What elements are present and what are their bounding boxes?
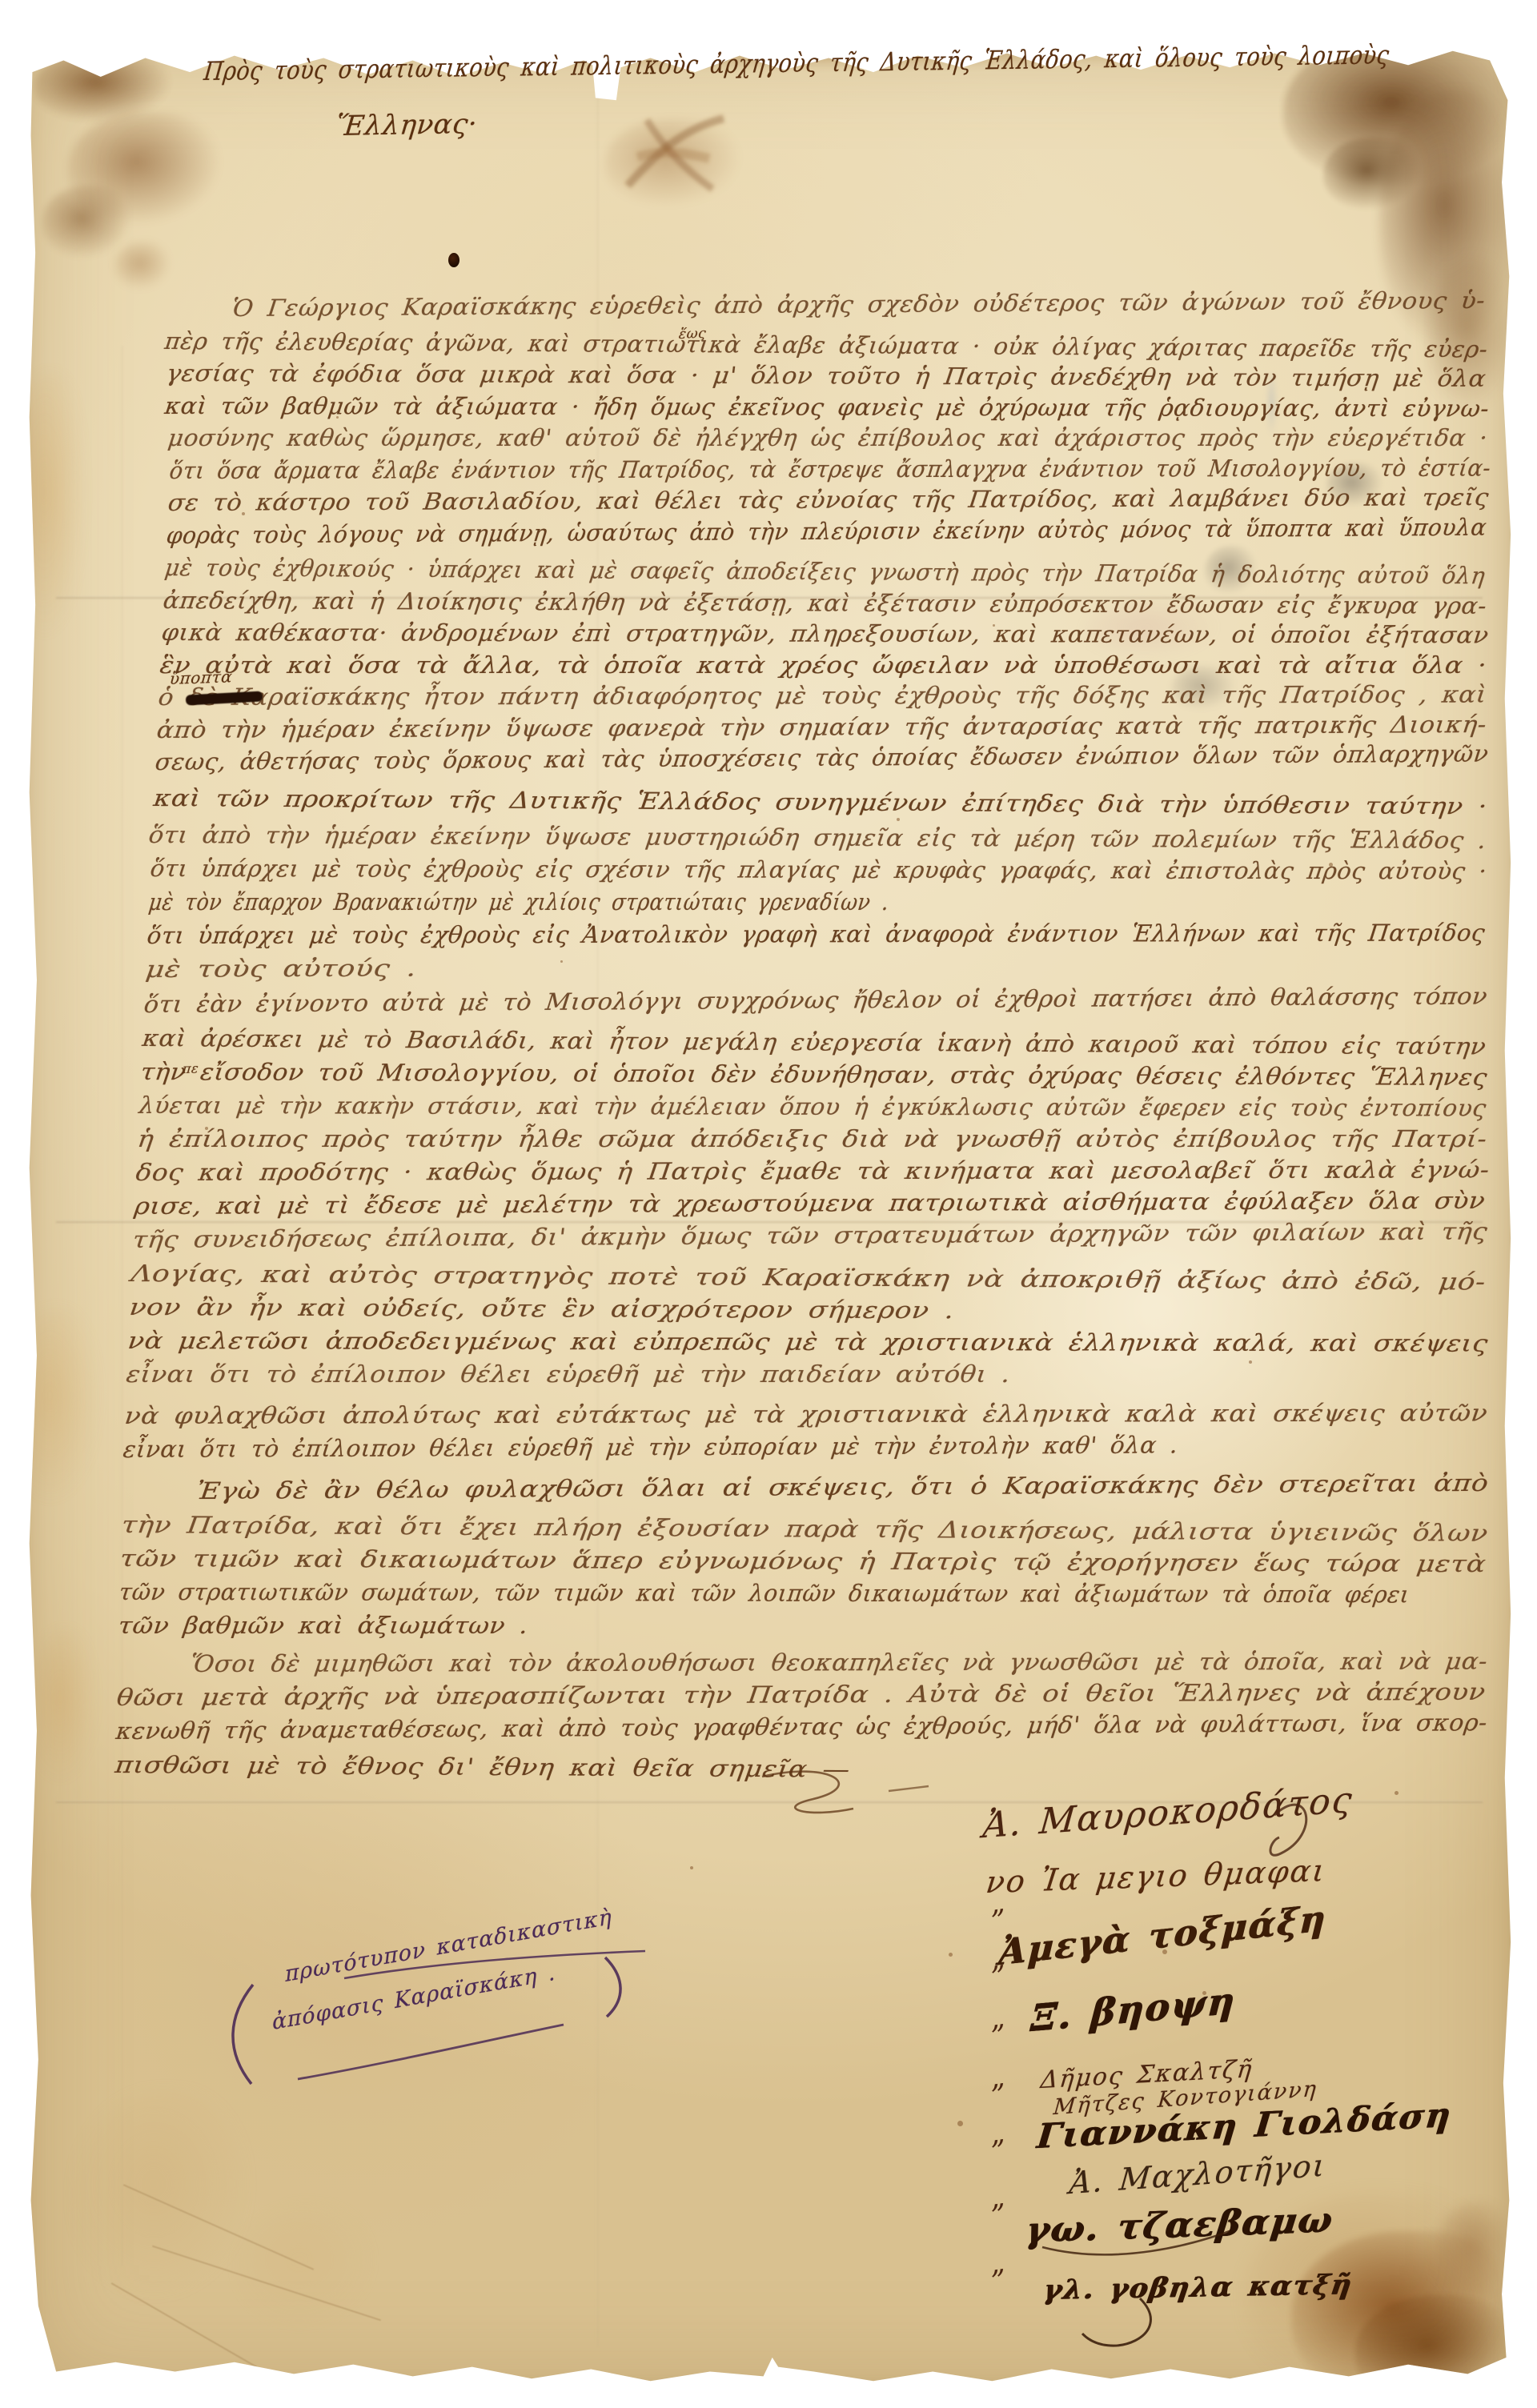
manuscript-text-line: τῶν στρατιωτικῶν σωμάτων, τῶν τιμῶν καὶ … xyxy=(118,1578,1411,1608)
manuscript-text-line: εἶναι ὅτι τὸ ἐπίλοιπον θέλει εὑρεθῆ μὲ τ… xyxy=(122,1431,1180,1463)
manuscript-text-line: ὅτι ἀπὸ τὴν ἡμέραν ἐκείνην ὕψωσε μυστηρι… xyxy=(147,821,1488,854)
manuscript-text-line: μὲ τοὺς ἐχθρικούς · ὑπάρχει καὶ μὲ σαφεῖ… xyxy=(163,554,1487,589)
manuscript-text-line: Ἐγὼ δὲ ἂν θέλω φυλαχθῶσι ὅλαι αἱ σκέψεις… xyxy=(195,1469,1490,1504)
manuscript-text-line: μὲ τοὺς αὐτούς . xyxy=(144,955,418,983)
foxing-speck xyxy=(560,960,563,963)
manuscript-text-line: καὶ τῶν βαθμῶν τὰ ἀξιώματα · ἤδη ὅμως ἐκ… xyxy=(163,392,1491,422)
foxing-speck xyxy=(957,2121,963,2126)
foxing-speck xyxy=(949,1953,953,1957)
header-line: Ἕλληνας· xyxy=(335,108,479,142)
manuscript-text-line: ὁ δὲ Καραϊσκάκης ἦτον πάντη ἀδιαφόρητος … xyxy=(157,681,1488,711)
manuscript-text-line: Λογίας, καὶ αὐτὸς στρατηγὸς ποτὲ τοῦ Καρ… xyxy=(130,1260,1487,1296)
foxing-speck xyxy=(524,376,528,379)
ditto-mark: „ xyxy=(987,2061,1006,2095)
foxing-speck xyxy=(1329,863,1333,867)
foxing-speck xyxy=(897,818,900,821)
manuscript-text-line: ὅτι ὑπάρχει μὲ τοὺς ἐχθροὺς εἰς Ἀνατολικ… xyxy=(146,919,1487,949)
header-line: Πρὸς τοὺς στρατιωτικοὺς καὶ πολιτικοὺς ἀ… xyxy=(203,39,1391,86)
manuscript-text-line: τὴν εἴσοδον τοῦ Μισολογγίου, οἱ ὁποῖοι δ… xyxy=(139,1058,1489,1091)
manuscript-text-line: φορὰς τοὺς λόγους νὰ σημάνῃ, ὡσαύτως ἀπὸ… xyxy=(165,514,1488,549)
manuscript-text-line: νὰ μελετῶσι ἀποδεδειγμένως καὶ εὐπρεπῶς … xyxy=(126,1327,1490,1357)
manuscript-text-line: νον ἂν ἦν καὶ οὐδείς, οὔτε ἓν αἰσχρότερο… xyxy=(128,1293,956,1324)
manuscript-text-line: τῶν τιμῶν καὶ δικαιωμάτων ἅπερ εὐγνωμόνω… xyxy=(118,1545,1488,1577)
signature: γω. τζαεβαμω xyxy=(1024,2199,1336,2251)
manuscript-text-line: ὅτι ὅσα ἄρματα ἔλαβε ἐνάντιον τῆς Πατρίδ… xyxy=(168,455,1492,484)
manuscript-text-line: τῆς συνειδήσεως ἐπίλοιπα, δι' ἀκμὴν ὅμως… xyxy=(131,1217,1489,1253)
manuscript-text-line: τῶν βαθμῶν καὶ ἀξιωμάτων . xyxy=(117,1612,530,1639)
interlinear-insertion: πε xyxy=(182,1060,199,1076)
manuscript-text-line: Ὅσοι δὲ μιμηθῶσι καὶ τὸν ἀκολουθήσωσι θε… xyxy=(189,1648,1489,1677)
manuscript-text-line: εἶναι ὅτι τὸ ἐπίλοιπον θέλει εὑρεθῆ μὲ τ… xyxy=(125,1360,1012,1388)
manuscript-text-line: φικὰ καθέκαστα· ἀνδρομένων ἐπὶ στρατηγῶν… xyxy=(160,619,1491,648)
manuscript-text-line: νὰ φυλαχθῶσι ἀπολύτως καὶ εὐτάκτως μὲ τὰ… xyxy=(123,1399,1489,1429)
manuscript-text-layer: Πρὸς τοὺς στρατιωτικοὺς καὶ πολιτικοὺς ἀ… xyxy=(0,0,1537,2408)
manuscript-text-line: μὲ τὸν ἔπαρχον Βρανακιώτην μὲ χιλίοις στ… xyxy=(147,888,891,916)
manuscript-text-line: καὶ τῶν προκρίτων τῆς Δυτικῆς Ἑλλάδος συ… xyxy=(152,784,1489,819)
ink-blot xyxy=(448,253,459,267)
manuscript-text-line: ὅτι ἐὰν ἐγίνοντο αὐτὰ μὲ τὸ Μισολόγγι συ… xyxy=(142,982,1489,1018)
signature: Ἀ. Μαχλοτῆγοι xyxy=(1068,2147,1328,2201)
interlinear-insertion: ἕως xyxy=(678,326,707,343)
archival-note-line: πρωτότυπον καταδικαστικὴ xyxy=(284,1905,613,1987)
manuscript-text-line: ὅτι ὑπάρχει μὲ τοὺς ἐχθροὺς εἰς σχέσιν τ… xyxy=(149,855,1489,884)
manuscript-text-line: μοσύνης καθὼς ὥρμησε, καθ' αὑτοῦ δὲ ἠλέγ… xyxy=(167,424,1489,451)
manuscript-text-line: πὲρ τῆς ἐλευθερίας ἀγῶνα, καὶ στρατιωτικ… xyxy=(163,327,1490,363)
signature: νο Ἰα μεγιο θμαφαι xyxy=(984,1853,1328,1900)
manuscript-text-line: δος καὶ προδότης · καθὼς ὅμως ἡ Πατρὶς ἔ… xyxy=(134,1156,1491,1186)
signature: Ξ. βηοψη xyxy=(1029,1978,1238,2040)
manuscript-text-line: ἡ ἐπίλοιπος πρὸς ταύτην ἦλθε σῶμα ἀπόδει… xyxy=(136,1125,1489,1152)
foxing-speck xyxy=(242,512,245,515)
manuscript-text-line: ἀπεδείχθη, καὶ ἡ Διοίκησις ἐκλήθη νὰ ἐξε… xyxy=(162,587,1488,619)
manuscript-text-line: καὶ ἀρέσκει μὲ τὸ Βασιλάδι, καὶ ἦτον μεγ… xyxy=(141,1024,1488,1060)
signature: Ἀμεγὰ τοξμάξη xyxy=(998,1898,1328,1974)
manuscript-text-line: λύεται μὲ τὴν κακὴν στάσιν, καὶ τὴν ἀμέλ… xyxy=(138,1092,1488,1122)
ditto-mark: „ xyxy=(987,2117,1006,2151)
manuscript-text-line: τὴν Πατρίδα, καὶ ὅτι ἔχει πλήρη ἐξουσίαν… xyxy=(120,1511,1490,1547)
foxing-speck xyxy=(1202,1991,1206,1995)
foxing-speck xyxy=(336,416,339,419)
ditto-mark: „ xyxy=(987,2246,1006,2281)
signature: Ἀ. Μαυροκορδάτος xyxy=(981,1779,1355,1846)
manuscript-text-line: γεσίας τὰ ἐφόδια ὅσα μικρὰ καὶ ὅσα · μ' … xyxy=(165,359,1488,392)
manuscript-text-line: ἀπὸ τὴν ἡμέραν ἐκείνην ὕψωσε φανερὰ τὴν … xyxy=(155,711,1488,743)
foxing-speck xyxy=(993,624,995,627)
signature: γλ. γοβηλα κατξῆ xyxy=(1041,2269,1354,2306)
manuscript-text-line: σεως, ἀθετήσας τοὺς ὅρκους καὶ τὰς ὑποσχ… xyxy=(154,740,1490,775)
manuscript-text-line: ἓν αὐτὰ καὶ ὅσα τὰ ἄλλα, τὰ ὁποῖα κατὰ χ… xyxy=(159,651,1488,679)
foxing-speck xyxy=(785,1487,788,1490)
manuscript-text-line: ρισε, καὶ μὲ τὶ ἔδεσε μὲ μελέτην τὰ χρεω… xyxy=(133,1187,1487,1220)
manuscript-text-line: πισθῶσι μὲ τὸ ἔθνος δι' ἔθνη καὶ θεῖα ση… xyxy=(114,1751,852,1783)
foxing-speck xyxy=(1162,1949,1167,1954)
foxing-speck xyxy=(1249,1360,1252,1364)
interlinear-insertion: ὕποπτα xyxy=(169,667,233,688)
manuscript-text-line: κενωθῆ τῆς ἀναμεταθέσεως, καὶ ἀπὸ τοὺς γ… xyxy=(114,1709,1489,1745)
manuscript-text-line: Ὁ Γεώργιος Καραϊσκάκης εὑρεθεὶς ἀπὸ ἀρχῆ… xyxy=(231,286,1487,322)
ditto-mark: „ xyxy=(987,2181,1006,2215)
manuscript-text-line: θῶσι μετὰ ἀρχῆς νὰ ὑπερασπίζωνται τὴν Πα… xyxy=(115,1678,1487,1711)
ditto-mark: „ xyxy=(987,2001,1006,2036)
foxing-speck xyxy=(205,1127,208,1130)
foxing-speck xyxy=(1395,1791,1399,1795)
scan-background: Πρὸς τοὺς στρατιωτικοὺς καὶ πολιτικοὺς ἀ… xyxy=(0,0,1537,2408)
foxing-speck xyxy=(690,1866,693,1869)
manuscript-text-line: σε τὸ κάστρο τοῦ Βασιλαδίου, καὶ θέλει τ… xyxy=(167,483,1491,516)
